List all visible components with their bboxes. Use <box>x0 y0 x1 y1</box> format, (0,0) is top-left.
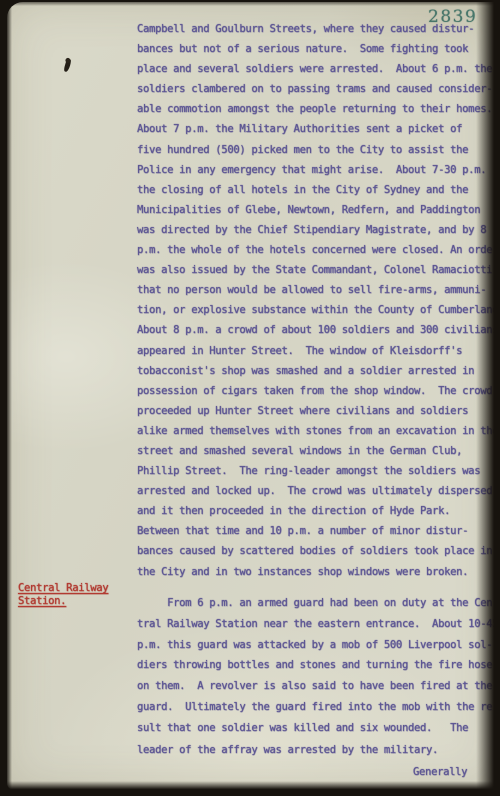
typewritten-line: place and several soldiers were arrested… <box>137 59 498 79</box>
typewritten-line: Municipalities of Glebe, Newtown, Redfer… <box>137 200 498 220</box>
typewritten-line: Between that time and 10 p.m. a number o… <box>137 521 498 541</box>
ink-blot <box>63 59 71 73</box>
typewritten-line: possession of cigars taken from the shop… <box>137 381 498 401</box>
typewritten-line: tion, or explosive substance within the … <box>137 300 498 320</box>
typewritten-line: p.m. this guard was attacked by a mob of… <box>137 635 498 656</box>
typewritten-line: arrested and locked up. The crowd was ul… <box>137 481 498 501</box>
typewritten-line: Phillip Street. The ring-leader amongst … <box>137 461 498 481</box>
typewritten-line: Police in any emergency that might arise… <box>137 160 498 180</box>
typewritten-line: bances caused by scattered bodies of sol… <box>137 541 498 561</box>
typewritten-line: guard. Ultimately the guard fired into t… <box>137 697 498 718</box>
typewritten-line: proceeded up Hunter Street where civilia… <box>137 401 498 421</box>
typewritten-line: Campbell and Goulburn Streets, where the… <box>137 19 498 39</box>
typewritten-line: sult that one soldier was killed and six… <box>137 718 498 739</box>
typewritten-line: was directed by the Chief Stipendiary Ma… <box>137 220 498 240</box>
typewritten-line: bances but not of a serious nature. Some… <box>137 39 498 59</box>
typewritten-line: able commotion amongst the people return… <box>137 99 498 119</box>
paragraph-central-railway-station: From 6 p.m. an armed guard had been on d… <box>137 593 498 739</box>
document-page: 2839 Central RailwayStation. Campbell an… <box>7 2 500 790</box>
typewritten-line: tral Railway Station near the eastern en… <box>137 614 498 635</box>
typewritten-line: that no person would be allowed to sell … <box>137 280 498 300</box>
margin-note: Central RailwayStation. <box>18 582 108 608</box>
catchword: Generally <box>413 762 467 782</box>
typewritten-line: alike armed themselves with stones from … <box>137 421 498 441</box>
margin-note-line: Central Railway <box>18 582 108 595</box>
typewritten-line: tobacconist's shop was smashed and a sol… <box>137 361 498 381</box>
closing-line: leader of the affray was arrested by the… <box>137 740 438 760</box>
typewritten-line: soldiers clambered on to passing trams a… <box>137 79 498 99</box>
paragraph-disturbances: Campbell and Goulburn Streets, where the… <box>137 19 498 582</box>
typewritten-line: street and smashed several windows in th… <box>137 441 498 461</box>
typewritten-line: From 6 p.m. an armed guard had been on d… <box>137 593 498 614</box>
typewritten-line: was also issued by the State Commandant,… <box>137 260 498 280</box>
typewritten-line: About 7 p.m. the Military Authorities se… <box>137 119 498 139</box>
typewritten-line: appeared in Hunter Street. The window of… <box>137 341 498 361</box>
typewritten-line: p.m. the whole of the hotels concerned w… <box>137 240 498 260</box>
typewritten-line: the City and in two instances shop windo… <box>137 562 498 582</box>
typewritten-line: and it then proceeded in the direction o… <box>137 501 498 521</box>
typewritten-line: About 8 p.m. a crowd of about 100 soldie… <box>137 320 498 340</box>
typewritten-line: the closing of all hotels in the City of… <box>137 180 498 200</box>
typewritten-line: diers throwing bottles and stones and tu… <box>137 655 498 676</box>
margin-note-line: Station. <box>18 595 108 608</box>
typewritten-line: on them. A revolver is also said to have… <box>137 676 498 697</box>
typewritten-line: five hundred (500) picked men to the Cit… <box>137 140 498 160</box>
